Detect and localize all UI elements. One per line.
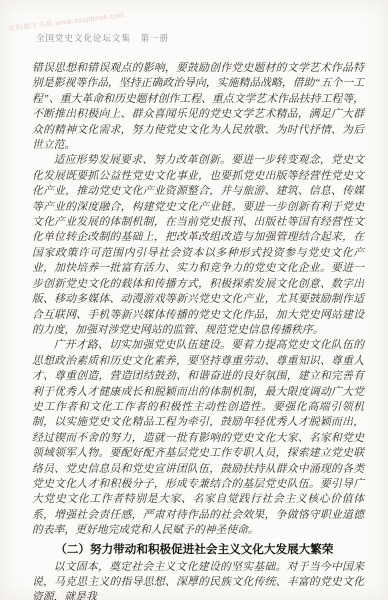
paragraph-talent-team: 广开才路、切实加强党史队伍建设。要着力提高党史文化队伍的思想政治素质和历史文化素… — [32, 338, 364, 538]
paragraph-reform-innovation: 适应形势发展要求、努力改革创新。要进一步转变观念，党史文化发展既要抓公益性党史文… — [32, 153, 364, 338]
paragraph-continuation: 错误思想和错误观点的影响，要鼓励创作党史题材的文学艺术作品特别是影视等作品，坚持… — [32, 61, 364, 153]
section-heading: （二）努力带动和积极促进社会主义文化大发展大繁荣 — [32, 540, 364, 559]
scanned-book-page: 社科数字书苑 www.ssapbook.com 全国党史文化论坛文集 第一册 错… — [0, 0, 388, 600]
running-head-title: 全国党史文化论坛文集 第一册 — [36, 32, 169, 44]
body-text-block: 错误思想和错误观点的影响，要鼓励创作党史题材的文学艺术作品特别是影视等作品，坚持… — [32, 61, 364, 600]
page-number: 18 — [0, 573, 388, 583]
library-watermark: 社科数字书苑 www.ssapbook.com — [8, 10, 126, 34]
